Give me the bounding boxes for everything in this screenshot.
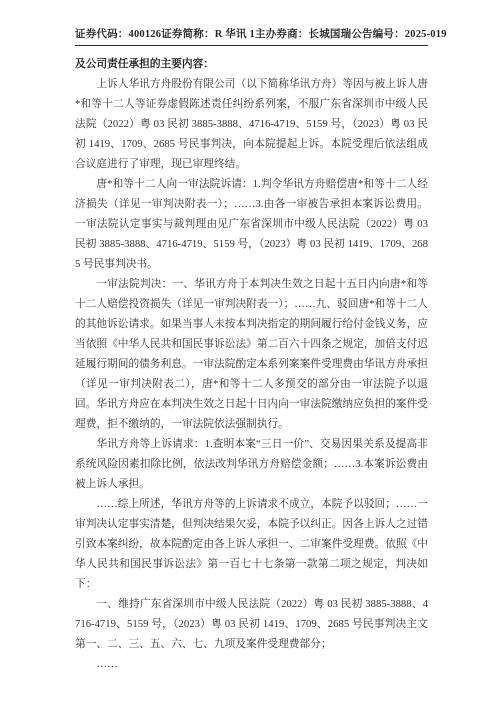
section-heading-continuation: 及公司责任承担的主要内容： bbox=[75, 54, 428, 74]
body-paragraph-final-ruling-item-one: 一、维持广东省深圳市中级人民法院（2022）粤 03 民初 3885-3888、… bbox=[75, 594, 428, 654]
stock-abbreviation: 证券简称：R 华讯 1 bbox=[161, 26, 255, 41]
announcement-body: 及公司责任承担的主要内容： 上诉人华讯方舟股份有限公司（以下简称华讯方舟）等因与… bbox=[75, 54, 428, 674]
body-paragraph-appeal-requests: 华讯方舟等上诉请求：1.查明本案“三日一价”、交易因果关系及提高非系统风险因素扣… bbox=[75, 434, 428, 494]
body-paragraph-appeal-background: 上诉人华讯方舟股份有限公司（以下简称华讯方舟）等因与被上诉人唐*和等十二人等证券… bbox=[75, 74, 428, 174]
body-paragraph-first-instance-judgment: 一审法院判决：一、华讯方舟于本判决生效之日起十五日内向唐*和等十二人赔偿投资损失… bbox=[75, 274, 428, 434]
sponsor-broker: 主办券商：长城国瑞 bbox=[255, 26, 351, 41]
body-paragraph-ellipsis: …… bbox=[75, 654, 428, 674]
announcement-page: 证券代码：400126 证券简称：R 华讯 1 主办券商：长城国瑞 公告编号：2… bbox=[0, 0, 500, 707]
stock-info-header: 证券代码：400126 证券简称：R 华讯 1 主办券商：长城国瑞 公告编号：2… bbox=[75, 26, 428, 46]
stock-code: 证券代码：400126 bbox=[75, 26, 161, 41]
body-paragraph-first-instance-claims: 唐*和等十二人向一审法院诉请：1.判令华讯方舟赔偿唐*和等十二人经济损失（详见一… bbox=[75, 174, 428, 274]
body-paragraph-court-opinion: ……综上所述，华讯方舟等的上诉请求不成立，本院予以驳回；……一审判决认定事实清楚… bbox=[75, 494, 428, 594]
announcement-number: 公告编号：2025-019 bbox=[351, 26, 446, 41]
stock-info-row: 证券代码：400126 证券简称：R 华讯 1 主办券商：长城国瑞 公告编号：2… bbox=[75, 26, 428, 41]
